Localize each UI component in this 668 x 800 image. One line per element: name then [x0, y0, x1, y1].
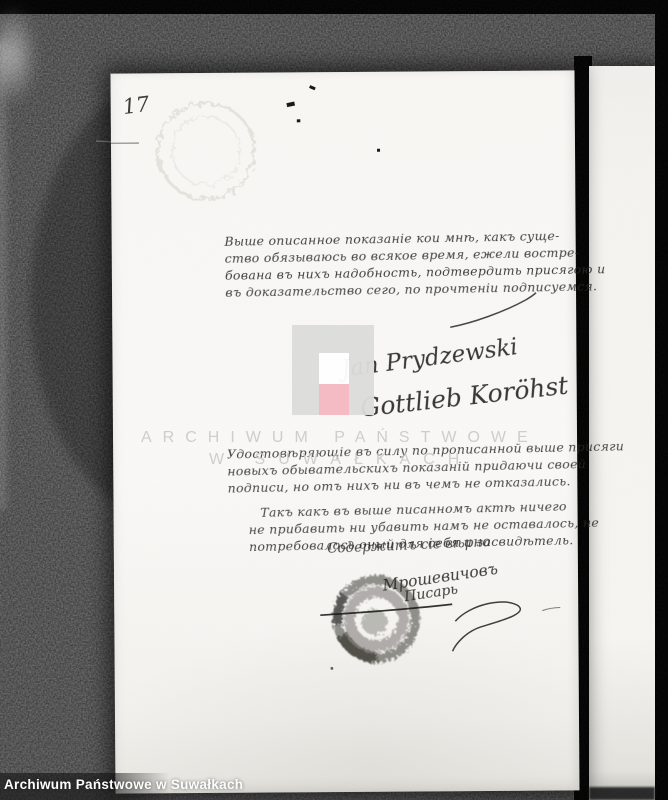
watermark-line2: W SUWAŁKACH	[209, 451, 472, 469]
right-black-band	[655, 0, 668, 800]
archive-logo	[292, 325, 374, 415]
archival-scan-view: 17 Выше описанное показаніе кои мнѣ, как…	[0, 0, 668, 800]
logo-white-square	[319, 353, 349, 384]
flourish-dash	[542, 608, 560, 611]
paraph-flourish	[450, 293, 536, 328]
ink-stamp	[337, 580, 416, 659]
caption-bar: Archiwum Państwowe w Suwałkach	[0, 773, 380, 800]
top-black-band	[0, 0, 668, 14]
film-edge-streak	[0, 40, 6, 510]
watermark-line1: ARCHIWUM PAŃSTWOWE	[141, 429, 539, 447]
caption-text: Archiwum Państwowe w Suwałkach	[4, 777, 243, 792]
signature-flourish	[452, 602, 520, 651]
strip-shadow-band	[589, 787, 655, 800]
logo-pink-square	[319, 384, 349, 415]
adjacent-page-strip	[589, 66, 655, 800]
faint-stamp	[158, 103, 255, 200]
